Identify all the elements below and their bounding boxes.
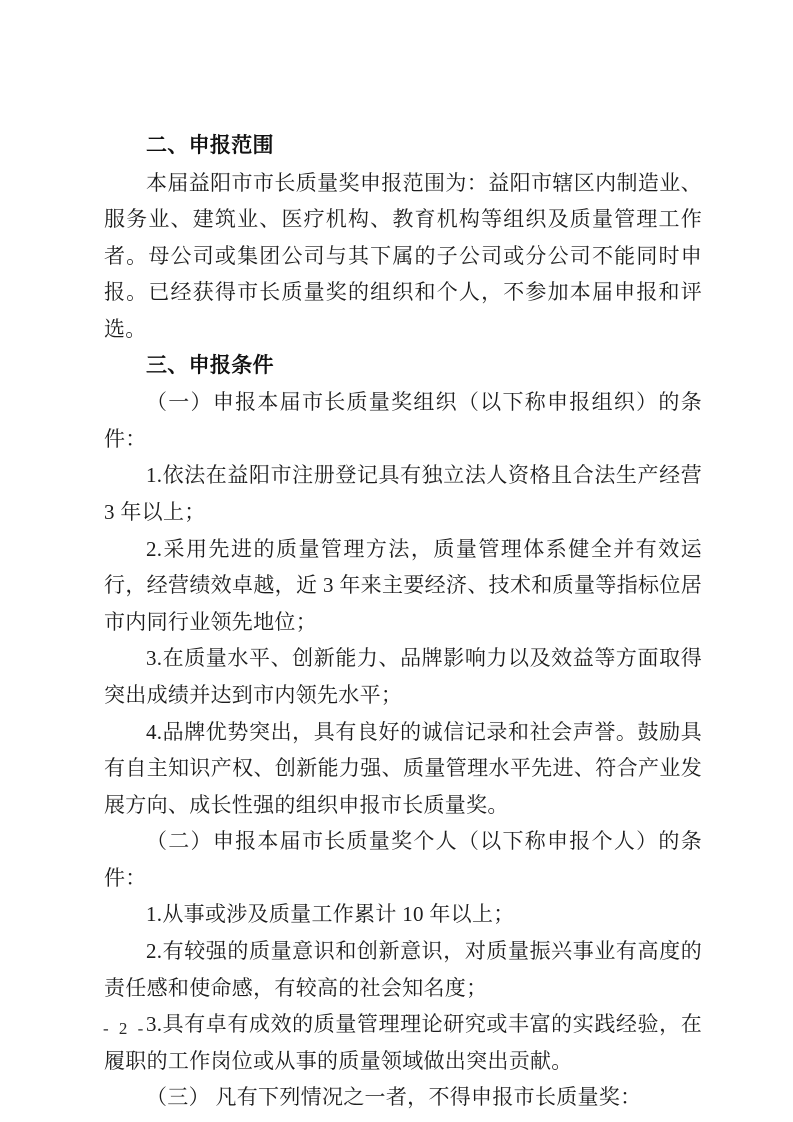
document-page: 二、申报范围 本届益阳市市长质量奖申报范围为：益阳市辖区内制造业、服务业、建筑业… [0, 0, 793, 1122]
section-heading-application-scope: 二、申报范围 [104, 128, 702, 165]
paragraph-org-condition-4: 4.品牌优势突出，具有良好的诚信记录和社会声誉。鼓励具有自主知识产权、创新能力强… [104, 714, 702, 824]
document-body: 二、申报范围 本届益阳市市长质量奖申报范围为：益阳市辖区内制造业、服务业、建筑业… [104, 128, 702, 1116]
paragraph-org-condition-2: 2.采用先进的质量管理方法，质量管理体系健全并有效运行，经营绩效卓越，近 3 年… [104, 531, 702, 641]
paragraph-scope-description: 本届益阳市市长质量奖申报范围为：益阳市辖区内制造业、服务业、建筑业、医疗机构、教… [104, 165, 702, 348]
paragraph-individual-condition-2: 2.有较强的质量意识和创新意识，对质量振兴事业有高度的责任感和使命感，有较高的社… [104, 933, 702, 1006]
paragraph-individual-condition-1: 1.从事或涉及质量工作累计 10 年以上； [104, 896, 702, 933]
paragraph-exclusion-intro: （三） 凡有下列情况之一者，不得申报市长质量奖： [104, 1079, 702, 1116]
page-number: - 2 - [103, 1019, 146, 1039]
paragraph-individual-condition-3: 3.具有卓有成效的质量管理理论研究或丰富的实践经验，在履职的工作岗位或从事的质量… [104, 1006, 702, 1079]
paragraph-condition-org-intro: （一）申报本届市长质量奖组织（以下称申报组织）的条件： [104, 384, 702, 457]
section-heading-application-conditions: 三、申报条件 [104, 348, 702, 385]
paragraph-org-condition-3: 3.在质量水平、创新能力、品牌影响力以及效益等方面取得突出成绩并达到市内领先水平… [104, 640, 702, 713]
paragraph-org-condition-1: 1.依法在益阳市注册登记具有独立法人资格且合法生产经营 3 年以上； [104, 457, 702, 530]
paragraph-condition-individual-intro: （二）申报本届市长质量奖个人（以下称申报个人）的条件： [104, 823, 702, 896]
